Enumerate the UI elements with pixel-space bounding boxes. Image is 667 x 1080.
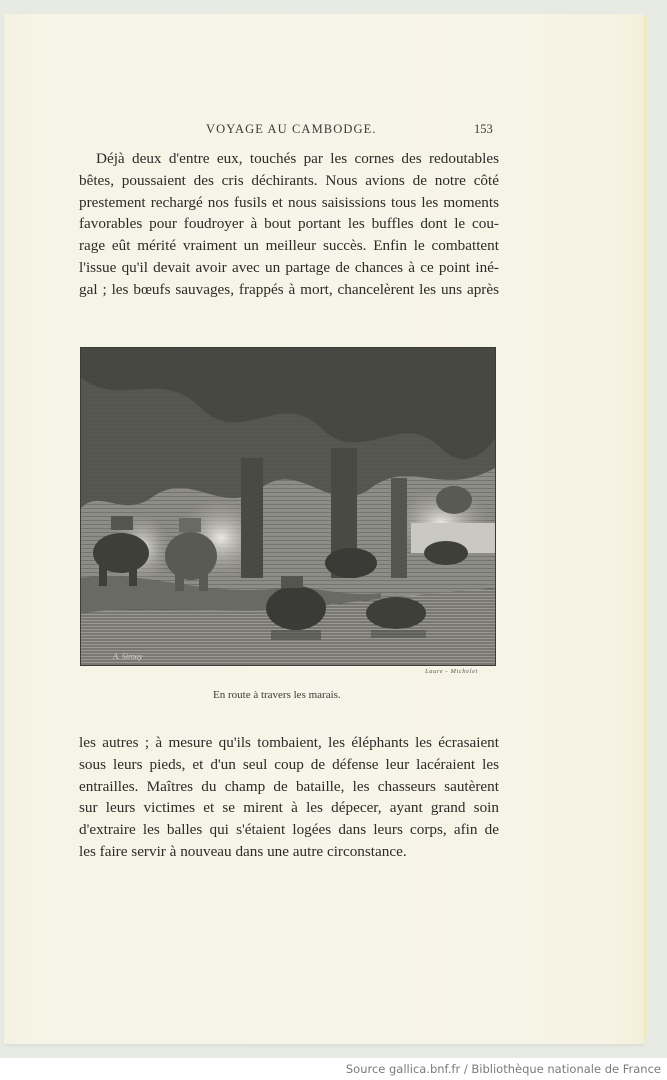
- engraver-signature-left: A. Sirouy: [113, 652, 142, 661]
- text-line: les faire servir à nouveau dans une autr…: [79, 841, 499, 863]
- engraver-signature-right: Laure - Michelet: [425, 668, 478, 675]
- text-line: l'issue qu'il devait avoir avec un parta…: [79, 257, 499, 279]
- text-line: rage eût mérité vraiment un meilleur suc…: [79, 235, 499, 257]
- page-edge: [644, 16, 648, 1038]
- text-line: Déjà deux d'entre eux, touchés par les c…: [79, 148, 499, 170]
- figure-caption-text: En route à travers les marais.: [213, 689, 341, 701]
- paragraph-after-figure: les autres ; à mesure qu'ils tombaient, …: [79, 732, 499, 863]
- engraving-illustration: [80, 347, 496, 666]
- text-line: sous leurs pieds, et d'un seul coup de d…: [79, 754, 499, 776]
- page-number: 153: [474, 122, 493, 137]
- text-line: favorables pour foudroyer à bout portant…: [79, 213, 499, 235]
- text-line: bêtes, poussaient des cris déchirants. N…: [79, 170, 499, 192]
- paragraph-before-figure: Déjà deux d'entre eux, touchés par les c…: [79, 148, 499, 301]
- source-attribution-bar: Source gallica.bnf.fr / Bibliothèque nat…: [0, 1058, 667, 1080]
- running-head: VOYAGE AU CAMBODGE. 153: [0, 122, 667, 140]
- elephants-swamp-engraving: [81, 348, 495, 665]
- text-line: d'extraire les balles qui s'étaient logé…: [79, 819, 499, 841]
- running-head-title: VOYAGE AU CAMBODGE.: [206, 122, 377, 137]
- text-line: prestement rechargé nos fusils et nous s…: [79, 192, 499, 214]
- source-attribution: Source gallica.bnf.fr / Bibliothèque nat…: [346, 1062, 661, 1076]
- text-line: les autres ; à mesure qu'ils tombaient, …: [79, 732, 499, 754]
- text-line: entrailles. Maîtres du champ de bataille…: [79, 776, 499, 798]
- text-line: gal ; les bœufs sauvages, frappés à mort…: [79, 279, 499, 301]
- text-line: sur leurs victimes et se mirent à les dé…: [79, 797, 499, 819]
